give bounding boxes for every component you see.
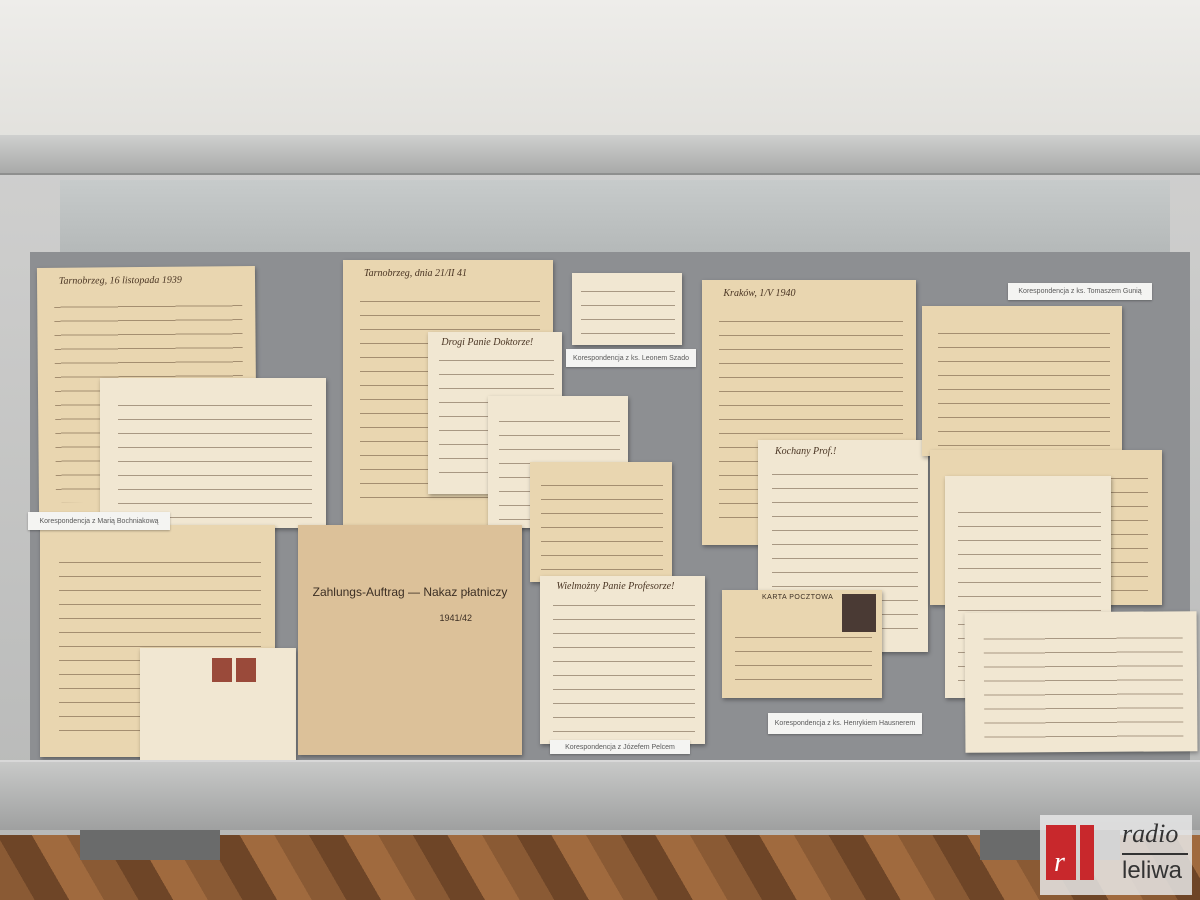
- postage-stamp: [842, 594, 876, 632]
- exhibit-label: Korespondencja z Marią Bochniakową: [28, 512, 170, 530]
- exhibit-label: Korespondencja z ks. Henrykiem Hausnerem: [768, 713, 922, 734]
- letter-document: [965, 611, 1198, 753]
- radio-leliwa-logo: r radio leliwa: [1040, 815, 1192, 895]
- letter-document: [922, 306, 1122, 456]
- exhibit-label: Korespondencja z ks. Tomaszem Gunią: [1008, 283, 1152, 300]
- envelope: [140, 648, 296, 760]
- display-case-top-frame: [0, 135, 1200, 175]
- wall: [0, 0, 1200, 140]
- postcard: KARTA POCZTOWA: [722, 590, 882, 698]
- exhibit-label: Korespondencja z ks. Leonem Szado: [566, 349, 696, 367]
- letter-document: [530, 462, 672, 582]
- display-case-glass: [60, 180, 1170, 255]
- note-card: [572, 273, 682, 345]
- form-year: 1941/42: [439, 613, 472, 623]
- letter-document: [100, 378, 326, 528]
- display-case-bottom-frame: [0, 760, 1200, 830]
- case-leg: [80, 830, 220, 860]
- exhibit-label: Korespondencja z Józefem Pelcem: [550, 740, 690, 754]
- letter-document: Wielmożny Panie Profesorze!: [540, 576, 705, 744]
- payment-order-form: Zahlungs-Auftrag — Nakaz płatniczy 1941/…: [298, 525, 522, 755]
- form-title: Zahlungs-Auftrag — Nakaz płatniczy: [298, 585, 522, 599]
- postcard-title: KARTA POCZTOWA: [762, 594, 833, 601]
